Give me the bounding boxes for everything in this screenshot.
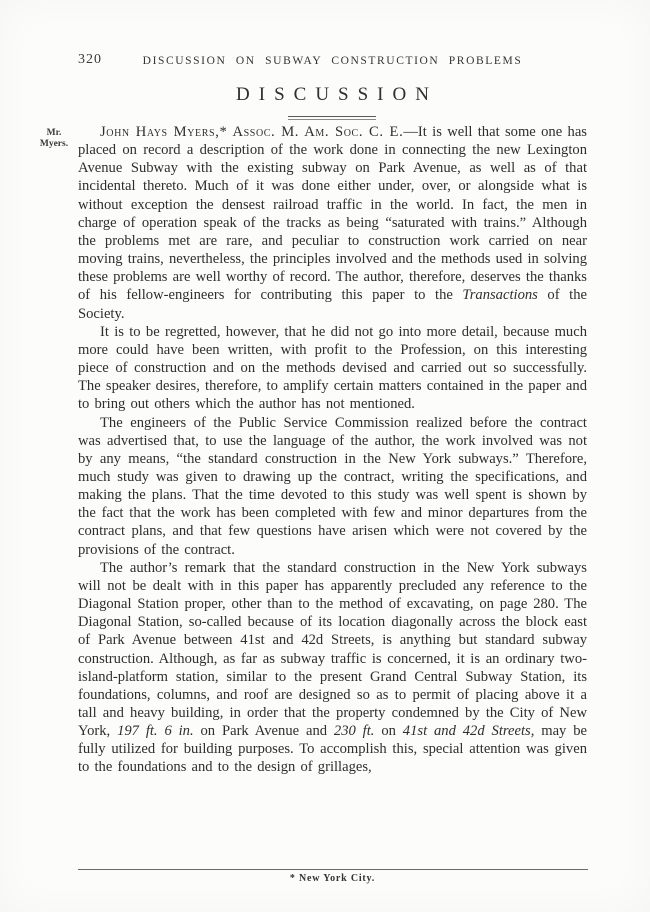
document-page: 320 DISCUSSION ON SUBWAY CONSTRUCTION PR…	[0, 0, 650, 912]
margin-note-line1: Mr.	[32, 128, 76, 139]
paragraph: The author’s remark that the standard co…	[78, 559, 587, 777]
section-title: DISCUSSION	[78, 84, 587, 106]
footnote-rule	[78, 869, 588, 870]
text-segment-italic: Transactions	[462, 287, 537, 303]
text-segment: It is to be regretted, however, that he …	[78, 324, 587, 413]
text-segment-italic: 230 ft.	[334, 723, 375, 739]
text-segment-italic: 41st and 42d Streets,	[403, 723, 535, 739]
text-segment-smallcaps: John Hays Myers,* Assoc. M. Am. Soc. C. …	[100, 124, 403, 140]
text-segment: The author’s remark that the standard co…	[78, 560, 587, 739]
paragraph: The engineers of the Public Service Comm…	[78, 414, 587, 559]
margin-note: Mr. Myers.	[32, 128, 76, 149]
margin-note-line2: Myers.	[32, 139, 76, 150]
text-segment: The engineers of the Public Service Comm…	[78, 415, 587, 558]
text-segment: on Park Avenue and	[194, 723, 334, 739]
body-text: John Hays Myers,* Assoc. M. Am. Soc. C. …	[78, 123, 587, 777]
text-segment-italic: 197 ft. 6 in.	[117, 723, 194, 739]
title-rule	[288, 116, 376, 120]
running-header: DISCUSSION ON SUBWAY CONSTRUCTION PROBLE…	[78, 55, 587, 67]
text-segment: —It is well that some one has placed on …	[78, 124, 587, 303]
paragraph: John Hays Myers,* Assoc. M. Am. Soc. C. …	[78, 123, 587, 323]
text-segment: on	[374, 723, 402, 739]
footnote: * New York City.	[78, 873, 587, 884]
paragraph: It is to be regretted, however, that he …	[78, 323, 587, 414]
